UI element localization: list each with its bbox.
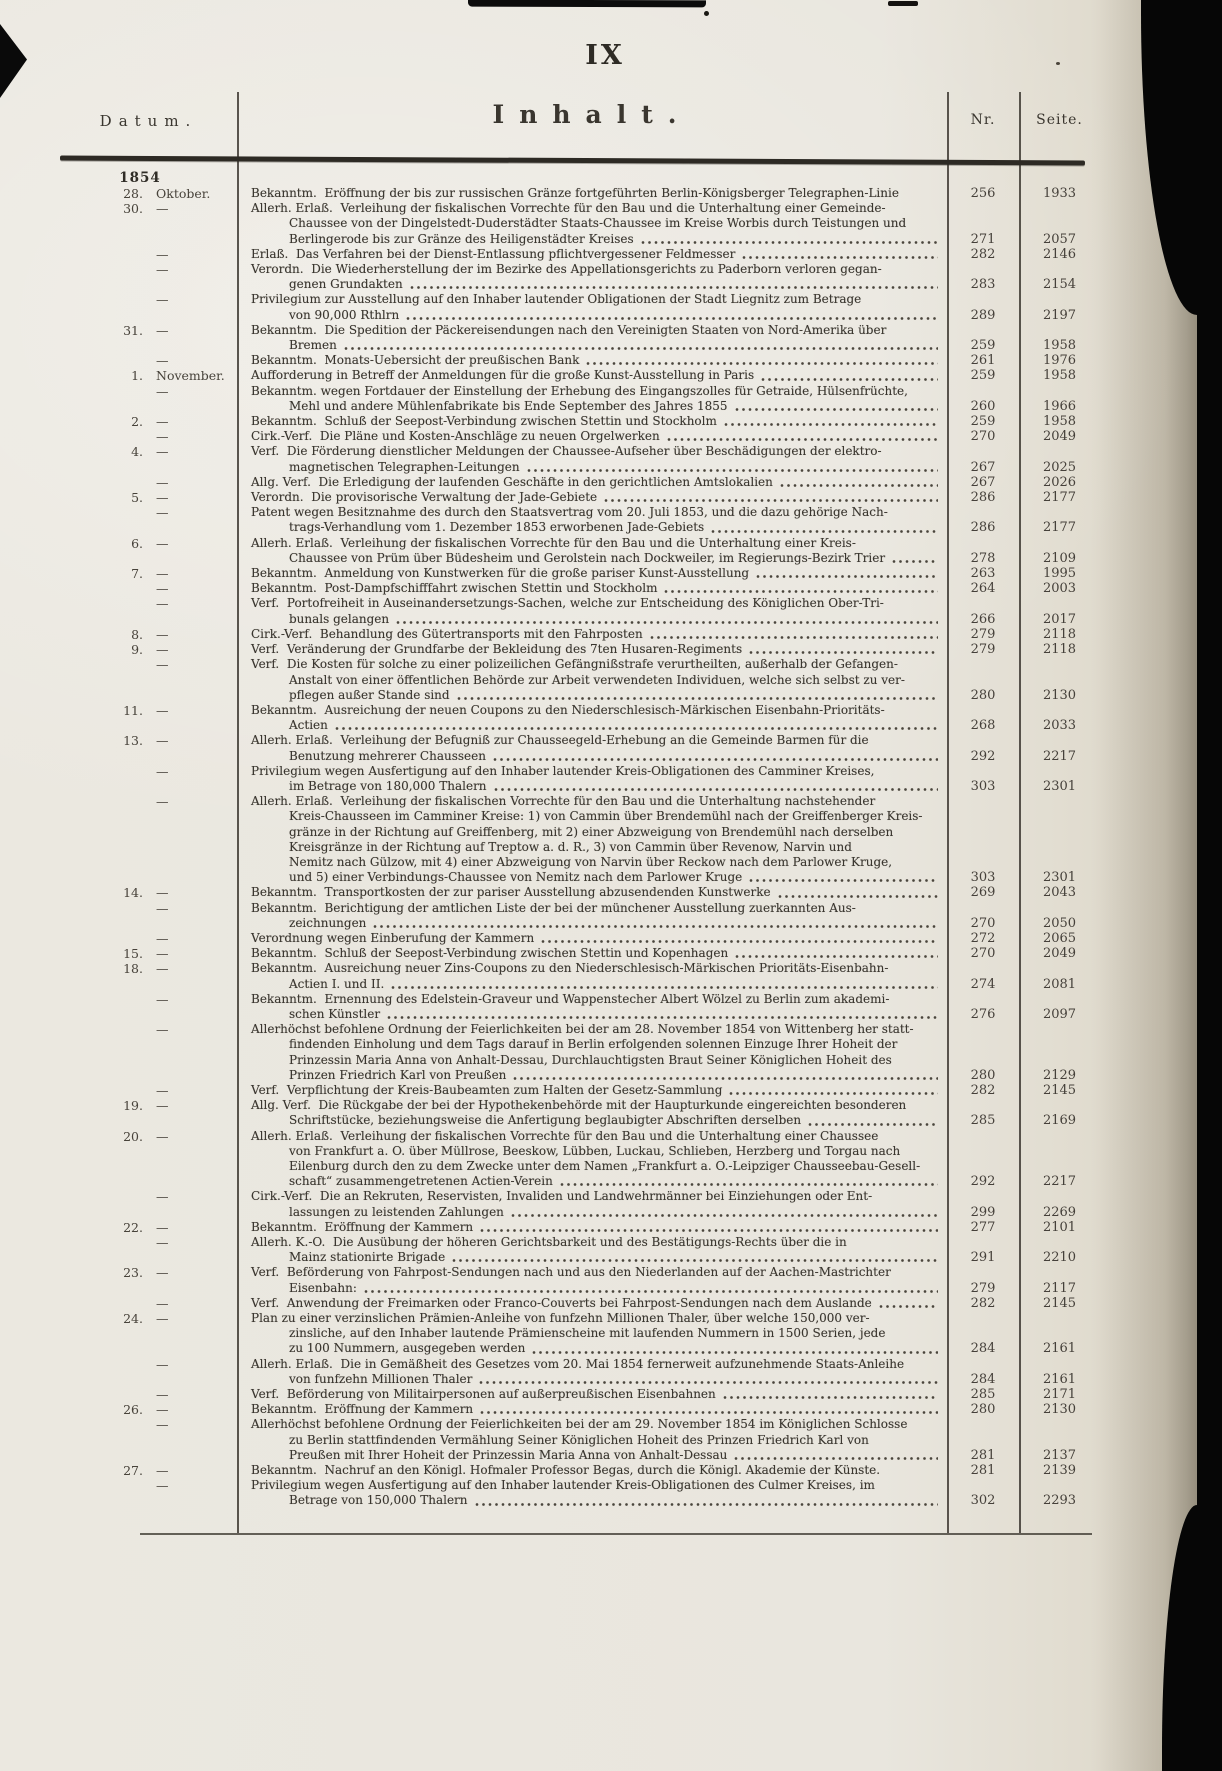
entry-date: 19.— — [60, 1098, 237, 1128]
entry-line: trags-Verhandlung vom 1. Dezember 1853 e… — [251, 520, 941, 535]
entry-line-text: Actien I. und II. — [289, 977, 384, 992]
entry-seite-cell: 2269 — [1019, 1189, 1100, 1219]
entry-text: Aufforderung in Betreff der Anmeldungen … — [237, 368, 947, 383]
entry-line: von Frankfurt a. O. über Müllrose, Beesk… — [251, 1144, 941, 1159]
entry-seite-cell: 2217 — [1019, 1129, 1100, 1190]
dot-leader — [734, 1456, 938, 1461]
header-inhalt: Inhalt. — [237, 100, 947, 129]
dot-leader — [892, 559, 938, 564]
entry-seite: 2017 — [1043, 612, 1076, 627]
entry-line-text: Prinzessin Maria Anna von Anhalt-Dessau,… — [289, 1053, 892, 1068]
entry-nr: 272 — [971, 931, 996, 946]
entry-seite: 2130 — [1043, 688, 1076, 703]
entry-line-text: schen Künstler — [289, 1007, 380, 1022]
entry-line-text: Bekanntm. Ernennung des Edelstein-Graveu… — [251, 992, 889, 1007]
entry-line: Prinzen Friedrich Karl von Preußen — [251, 1068, 941, 1083]
entry-line: Verordn. Die Wiederherstellung der im Be… — [251, 262, 941, 277]
entry-nr-cell: 270 — [947, 946, 1019, 961]
entry-line-text: Verf. Veränderung der Grundfarbe der Bek… — [251, 642, 742, 657]
dot-leader — [541, 939, 938, 944]
entry-date: 28.Oktober. — [60, 186, 237, 201]
entry-seite-cell: 2139 — [1019, 1463, 1100, 1478]
entry-line: Privilegium wegen Ausfertigung auf den I… — [251, 1478, 941, 1493]
entry-text: Bekanntm. Die Spedition der Päckereisend… — [237, 323, 947, 353]
toc-entry: —Bekanntm. Post-Dampfschifffahrt zwische… — [60, 581, 1100, 596]
entry-line-text: Bekanntm. Eröffnung der Kammern — [251, 1402, 473, 1417]
entry-month-or-dash: — — [156, 931, 169, 946]
entry-line: Actien — [251, 718, 941, 733]
dot-leader — [664, 589, 938, 594]
entry-seite: 2154 — [1043, 277, 1076, 292]
entry-day: 31. — [60, 323, 143, 353]
entry-nr-cell: 277 — [947, 1220, 1019, 1235]
entry-line-text: Bekanntm. wegen Fortdauer der Einstellun… — [251, 384, 908, 399]
entry-month-or-dash: — — [156, 733, 169, 763]
entry-seite: 2177 — [1043, 520, 1076, 535]
entry-line-text: Bekanntm. Ausreichung der neuen Coupons … — [251, 703, 885, 718]
entry-line-text: bunals gelangen — [289, 612, 389, 627]
entry-line: Allerh. Erlaß. Die in Gemäßheit des Gese… — [251, 1357, 941, 1372]
entry-nr-cell: 291 — [947, 1235, 1019, 1265]
entry-month-or-dash: — — [156, 505, 169, 535]
entry-text: Bekanntm. Berichtigung der amtlichen Lis… — [237, 901, 947, 931]
toc-entry: —Cirk.-Verf. Die an Rekruten, Reserviste… — [60, 1189, 1100, 1219]
entry-nr: 274 — [971, 977, 996, 992]
entry-line-text: Aufforderung in Betreff der Anmeldungen … — [251, 368, 754, 383]
entry-line-text: Allerh. Erlaß. Verleihung der fiskalisch… — [251, 794, 875, 809]
entry-text: Cirk.-Verf. Die an Rekruten, Reservisten… — [237, 1189, 947, 1219]
entry-day — [60, 1387, 143, 1402]
entry-seite: 2217 — [1043, 1174, 1076, 1189]
entry-nr-cell: 271 — [947, 201, 1019, 247]
entry-nr: 271 — [971, 232, 996, 247]
entry-line: gränze in der Richtung auf Greiffenberg,… — [251, 825, 941, 840]
entry-line-text: Allg. Verf. Die Rückgabe der bei der Hyp… — [251, 1098, 906, 1113]
entry-text: Bekanntm. Ausreichung der neuen Coupons … — [237, 703, 947, 733]
entry-month-or-dash: Oktober. — [156, 186, 210, 201]
dot-leader — [493, 757, 938, 762]
entry-line: Bekanntm. Schluß der Seepost-Verbindung … — [251, 414, 941, 429]
entry-line: Verordn. Die provisorische Verwaltung de… — [251, 490, 941, 505]
entry-text: Verf. Die Kosten für solche zu einer pol… — [237, 657, 947, 703]
entry-seite-cell: 1995 — [1019, 566, 1100, 581]
entry-text: Bekanntm. Anmeldung von Kunstwerken für … — [237, 566, 947, 581]
entry-seite: 1966 — [1043, 399, 1076, 414]
toc-entry: —Verordnung wegen Einberufung der Kammer… — [60, 931, 1100, 946]
entry-line-text: Schriftstücke, beziehungsweise die Anfer… — [289, 1113, 801, 1128]
entry-day — [60, 992, 143, 1022]
dot-leader — [742, 255, 938, 260]
dot-leader — [480, 1410, 938, 1415]
entry-seite: 2293 — [1043, 1493, 1076, 1508]
dot-leader — [667, 437, 938, 442]
entry-nr: 259 — [971, 368, 996, 383]
entry-seite: 2101 — [1043, 1220, 1076, 1235]
entry-seite-cell: 2177 — [1019, 490, 1100, 505]
entry-line: Plan zu einer verzinslichen Prämien-Anle… — [251, 1311, 941, 1326]
entry-date: 18.— — [60, 961, 237, 991]
entry-line: Allerh. Erlaß. Verleihung der fiskalisch… — [251, 1129, 941, 1144]
toc-entry: —Allerh. Erlaß. Verleihung der fiskalisc… — [60, 794, 1100, 885]
entry-line: Bekanntm. Nachruf an den Königl. Hofmale… — [251, 1463, 941, 1478]
entry-date: — — [60, 1083, 237, 1098]
toc-entry: 18.—Bekanntm. Ausreichung neuer Zins-Cou… — [60, 961, 1100, 991]
entry-seite: 2145 — [1043, 1296, 1076, 1311]
entry-seite: 1958 — [1043, 338, 1076, 353]
entry-line: Preußen mit Ihrer Hoheit der Prinzessin … — [251, 1448, 941, 1463]
entry-seite-cell: 1976 — [1019, 353, 1100, 368]
entry-line-text: Privilegium wegen Ausfertigung auf den I… — [251, 764, 874, 779]
entry-nr: 286 — [971, 490, 996, 505]
entry-month-or-dash: — — [156, 444, 169, 474]
entry-seite: 2117 — [1043, 1281, 1076, 1296]
entry-line: Allg. Verf. Die Erledigung der laufenden… — [251, 475, 941, 490]
entry-nr-cell: 260 — [947, 384, 1019, 414]
entry-text: Allerhöchst befohlene Ordnung der Feierl… — [237, 1022, 947, 1083]
entry-line: Bekanntm. Anmeldung von Kunstwerken für … — [251, 566, 941, 581]
entry-seite: 1976 — [1043, 353, 1076, 368]
dot-leader — [586, 361, 938, 366]
entry-line: Bekanntm. Schluß der Seepost-Verbindung … — [251, 946, 941, 961]
entry-seite-cell: 2025 — [1019, 444, 1100, 474]
entry-line-text: Allerh. Erlaß. Verleihung der Befugniß z… — [251, 733, 869, 748]
entry-seite: 2109 — [1043, 551, 1076, 566]
entry-line: Bekanntm. Eröffnung der Kammern — [251, 1402, 941, 1417]
entry-month-or-dash: — — [156, 946, 169, 961]
entry-line: Verf. Veränderung der Grundfarbe der Bek… — [251, 642, 941, 657]
entry-date: 30.— — [60, 201, 237, 247]
dot-leader — [396, 620, 938, 625]
entry-nr: 292 — [971, 1174, 996, 1189]
dot-leader — [808, 1122, 938, 1127]
entry-day: 5. — [60, 490, 143, 505]
toc-entry: —Allerhöchst befohlene Ordnung der Feier… — [60, 1417, 1100, 1463]
entry-seite: 1958 — [1043, 368, 1076, 383]
entry-seite: 2118 — [1043, 642, 1076, 657]
entry-nr-cell: 270 — [947, 429, 1019, 444]
entry-date: — — [60, 1189, 237, 1219]
entry-day: 18. — [60, 961, 143, 991]
dot-leader — [452, 1258, 938, 1263]
entry-day: 6. — [60, 536, 143, 566]
entry-seite-cell: 2177 — [1019, 505, 1100, 535]
entry-date: — — [60, 1417, 237, 1463]
entry-day — [60, 353, 143, 368]
entry-seite-cell: 2057 — [1019, 201, 1100, 247]
entry-line-text: Bekanntm. Schluß der Seepost-Verbindung … — [251, 946, 728, 961]
entry-line: Cirk.-Verf. Behandlung des Gütertranspor… — [251, 627, 941, 642]
dot-leader — [406, 316, 938, 321]
entry-line-text: Prinzen Friedrich Karl von Preußen — [289, 1068, 506, 1083]
entry-nr: 267 — [971, 460, 996, 475]
entry-line-text: Verf. Die Förderung dienstlicher Meldung… — [251, 444, 882, 459]
entry-seite-cell: 1958 — [1019, 323, 1100, 353]
entry-line: bunals gelangen — [251, 612, 941, 627]
entry-nr: 278 — [971, 551, 996, 566]
entry-text: Allerh. Erlaß. Die in Gemäßheit des Gese… — [237, 1357, 947, 1387]
entry-nr: 276 — [971, 1007, 996, 1022]
dot-leader — [723, 1395, 938, 1400]
entry-month-or-dash: — — [156, 323, 169, 353]
entry-nr-cell: 279 — [947, 642, 1019, 657]
entry-text: Verf. Portofreiheit in Auseinandersetzun… — [237, 596, 947, 626]
entry-text: Plan zu einer verzinslichen Prämien-Anle… — [237, 1311, 947, 1357]
entry-date: — — [60, 1022, 237, 1083]
entry-date: 20.— — [60, 1129, 237, 1190]
entry-line: Schriftstücke, beziehungsweise die Anfer… — [251, 1113, 941, 1128]
entry-line-text: von 90,000 Rthlrn — [289, 308, 399, 323]
entry-seite: 1958 — [1043, 414, 1076, 429]
toc-entry: —Verf. Portofreiheit in Auseinandersetzu… — [60, 596, 1100, 626]
entry-line: Aufforderung in Betreff der Anmeldungen … — [251, 368, 941, 383]
entry-text: Cirk.-Verf. Die Pläne und Kosten-Anschlä… — [237, 429, 947, 444]
dot-leader — [711, 529, 938, 534]
entry-line: zu Berlin stattfindenden Vermählung Sein… — [251, 1433, 941, 1448]
toc-entry: 2.—Bekanntm. Schluß der Seepost-Verbindu… — [60, 414, 1100, 429]
header-seite: Seite. — [1019, 112, 1100, 128]
entry-nr-cell: 281 — [947, 1417, 1019, 1463]
entry-day — [60, 657, 143, 703]
entry-line-text: Privilegium wegen Ausfertigung auf den I… — [251, 1478, 875, 1493]
entry-nr-cell: 267 — [947, 444, 1019, 474]
entry-line: Bekanntm. Eröffnung der Kammern — [251, 1220, 941, 1235]
entry-seite: 2161 — [1043, 1372, 1076, 1387]
dot-leader — [780, 483, 938, 488]
entry-line-text: Allerh. Erlaß. Verleihung der fiskalisch… — [251, 1129, 878, 1144]
entry-nr: 270 — [971, 946, 996, 961]
entry-day: 8. — [60, 627, 143, 642]
entry-nr-cell: 276 — [947, 992, 1019, 1022]
entry-seite-cell: 1958 — [1019, 414, 1100, 429]
entry-seite-cell: 2118 — [1019, 627, 1100, 642]
entry-date: — — [60, 581, 237, 596]
entry-text: Bekanntm. Eröffnung der Kammern — [237, 1402, 947, 1417]
entry-seite-cell: 2017 — [1019, 596, 1100, 626]
entry-date: — — [60, 292, 237, 322]
entry-line-text: zeichnungen — [289, 916, 366, 931]
entry-seite-cell: 2026 — [1019, 475, 1100, 490]
entry-text: Allerh. Erlaß. Verleihung der fiskalisch… — [237, 201, 947, 247]
entry-nr-cell: 274 — [947, 961, 1019, 991]
entry-line: Actien I. und II. — [251, 977, 941, 992]
entry-seite: 2130 — [1043, 1402, 1076, 1417]
dot-leader — [724, 422, 938, 427]
entry-line-text: Verf. Verpflichtung der Kreis-Baubeamten… — [251, 1083, 722, 1098]
entry-line-text: Eisenbahn: — [289, 1281, 357, 1296]
dot-leader — [410, 285, 938, 290]
entry-nr-cell: 303 — [947, 794, 1019, 885]
entry-nr: 280 — [971, 688, 996, 703]
entry-nr-cell: 272 — [947, 931, 1019, 946]
entry-nr: 285 — [971, 1387, 996, 1402]
entry-nr-cell: 284 — [947, 1311, 1019, 1357]
dot-leader — [532, 1350, 938, 1355]
entry-text: Allerh. Erlaß. Verleihung der fiskalisch… — [237, 794, 947, 885]
entry-date: 26.— — [60, 1402, 237, 1417]
entry-line: Erlaß. Das Verfahren bei der Dienst-Entl… — [251, 247, 941, 262]
entry-date: 11.— — [60, 703, 237, 733]
entry-day — [60, 1357, 143, 1387]
entry-text: Bekanntm. wegen Fortdauer der Einstellun… — [237, 384, 947, 414]
entry-line-text: von funfzehn Millionen Thaler — [289, 1372, 472, 1387]
entry-line: Bekanntm. Die Spedition der Päckereisend… — [251, 323, 941, 338]
entry-seite-cell: 2049 — [1019, 946, 1100, 961]
entry-date: 14.— — [60, 885, 237, 900]
entry-line-text: pflegen außer Stande sind — [289, 688, 450, 703]
entry-line: Mehl und andere Mühlenfabrikate bis Ende… — [251, 399, 941, 414]
entry-text: Patent wegen Besitznahme des durch den S… — [237, 505, 947, 535]
entry-line: Verf. Anwendung der Freimarken oder Fran… — [251, 1296, 941, 1311]
entry-month-or-dash: — — [156, 885, 169, 900]
entry-day — [60, 1189, 143, 1219]
entry-line: und 5) einer Verbindungs-Chaussee von Ne… — [251, 870, 941, 885]
entries: 1854 28.Oktober.Bekanntm. Eröffnung der … — [60, 170, 1100, 1509]
entry-day — [60, 1083, 143, 1098]
entry-text: Allg. Verf. Die Erledigung der laufenden… — [237, 475, 947, 490]
entry-seite: 2146 — [1043, 247, 1076, 262]
entry-line-text: Patent wegen Besitznahme des durch den S… — [251, 505, 888, 520]
entry-day — [60, 1417, 143, 1463]
entry-seite: 1933 — [1043, 186, 1076, 201]
entry-seite: 2003 — [1043, 581, 1076, 596]
entry-month-or-dash: — — [156, 1189, 169, 1219]
entry-line-text: Bekanntm. Die Spedition der Päckereisend… — [251, 323, 886, 338]
dot-leader — [511, 1213, 938, 1218]
entry-nr: 270 — [971, 429, 996, 444]
entry-date: 7.— — [60, 566, 237, 581]
entry-line: Prinzessin Maria Anna von Anhalt-Dessau,… — [251, 1053, 941, 1068]
entry-line-text: Cirk.-Verf. Die an Rekruten, Reservisten… — [251, 1189, 872, 1204]
entry-nr: 303 — [971, 779, 996, 794]
entry-line-text: Cirk.-Verf. Die Pläne und Kosten-Anschlä… — [251, 429, 660, 444]
entry-nr: 284 — [971, 1372, 996, 1387]
toc-entry: —Bekanntm. Monats-Uebersicht der preußis… — [60, 353, 1100, 368]
entry-month-or-dash: — — [156, 1387, 169, 1402]
entry-date: — — [60, 992, 237, 1022]
entry-text: Verordn. Die provisorische Verwaltung de… — [237, 490, 947, 505]
entry-nr: 256 — [971, 186, 996, 201]
entry-seite-cell: 2145 — [1019, 1083, 1100, 1098]
entry-line-text: im Betrage von 180,000 Thalern — [289, 779, 487, 794]
entry-line: Privilegium zur Ausstellung auf den Inha… — [251, 292, 941, 307]
toc-entry: 31.—Bekanntm. Die Spedition der Päckerei… — [60, 323, 1100, 353]
entry-date: 24.— — [60, 1311, 237, 1357]
dot-leader — [480, 1228, 938, 1233]
entry-nr-cell: 259 — [947, 323, 1019, 353]
entry-line: Bekanntm. Berichtigung der amtlichen Lis… — [251, 901, 941, 916]
toc-entry: 13.—Allerh. Erlaß. Verleihung der Befugn… — [60, 733, 1100, 763]
entry-month-or-dash: — — [156, 764, 169, 794]
entry-text: Allerhöchst befohlene Ordnung der Feierl… — [237, 1417, 947, 1463]
dot-leader — [513, 1076, 938, 1081]
entry-date: — — [60, 764, 237, 794]
entry-nr-cell: 256 — [947, 186, 1019, 201]
entry-day — [60, 384, 143, 414]
entry-line-text: Benutzung mehrerer Chausseen — [289, 749, 486, 764]
entry-line-text: Allerh. K.-O. Die Ausübung der höheren G… — [251, 1235, 847, 1250]
entry-day — [60, 1296, 143, 1311]
entry-nr-cell: 268 — [947, 703, 1019, 733]
entry-nr-cell: 284 — [947, 1357, 1019, 1387]
entry-seite-cell: 1958 — [1019, 368, 1100, 383]
entry-nr-cell: 270 — [947, 901, 1019, 931]
entry-nr-cell: 292 — [947, 1129, 1019, 1190]
entry-seite-cell: 2301 — [1019, 794, 1100, 885]
entry-line-text: Verf. Beförderung von Fahrpost-Sendungen… — [251, 1265, 891, 1280]
entry-seite-cell: 2145 — [1019, 1296, 1100, 1311]
entry-seite: 2049 — [1043, 429, 1076, 444]
header-nr: Nr. — [947, 112, 1019, 128]
ink-speck — [1056, 62, 1060, 65]
dot-leader — [457, 696, 938, 701]
entry-month-or-dash: — — [156, 1235, 169, 1265]
entry-line-text: Verordnung wegen Einberufung der Kammern — [251, 931, 534, 946]
entry-day: 28. — [60, 186, 143, 201]
entry-line-text: Nemitz nach Gülzow, mit 4) einer Abzweig… — [289, 855, 892, 870]
entry-line: Bekanntm. Post-Dampfschifffahrt zwischen… — [251, 581, 941, 596]
scan-edge-black — [1197, 0, 1222, 1771]
entry-nr: 270 — [971, 916, 996, 931]
entry-text: Allerh. Erlaß. Verleihung der fiskalisch… — [237, 536, 947, 566]
entry-nr: 266 — [971, 612, 996, 627]
toc-entry: 1.November.Aufforderung in Betreff der A… — [60, 368, 1100, 383]
dot-leader — [749, 650, 938, 655]
toc-entry: —Verf. Anwendung der Freimarken oder Fra… — [60, 1296, 1100, 1311]
entry-nr-cell: 267 — [947, 475, 1019, 490]
entry-text: Cirk.-Verf. Behandlung des Gütertranspor… — [237, 627, 947, 642]
entry-nr: 264 — [971, 581, 996, 596]
entry-line: Bekanntm. Ausreichung der neuen Coupons … — [251, 703, 941, 718]
entry-month-or-dash: — — [156, 794, 169, 885]
entry-line-text: Preußen mit Ihrer Hoheit der Prinzessin … — [289, 1448, 727, 1463]
entry-text: Privilegium zur Ausstellung auf den Inha… — [237, 292, 947, 322]
entry-nr-cell: 280 — [947, 657, 1019, 703]
entry-line: Cirk.-Verf. Die Pläne und Kosten-Anschlä… — [251, 429, 941, 444]
entry-line-text: Mainz stationirte Brigade — [289, 1250, 445, 1265]
entry-day — [60, 581, 143, 596]
entry-day — [60, 475, 143, 490]
entry-seite-cell: 2169 — [1019, 1098, 1100, 1128]
entry-line: Bekanntm. Eröffnung der bis zur russisch… — [251, 186, 941, 201]
entry-text: Verf. Veränderung der Grundfarbe der Bek… — [237, 642, 947, 657]
entry-date: 23.— — [60, 1265, 237, 1295]
toc-entry: —Bekanntm. wegen Fortdauer der Einstellu… — [60, 384, 1100, 414]
entry-nr-cell: 269 — [947, 885, 1019, 900]
entry-line-text: Verf. Portofreiheit in Auseinandersetzun… — [251, 596, 884, 611]
year-heading: 1854 — [60, 170, 220, 186]
toc-entry: —Cirk.-Verf. Die Pläne und Kosten-Anschl… — [60, 429, 1100, 444]
entry-text: Verf. Beförderung von Militairpersonen a… — [237, 1387, 947, 1402]
entry-line-text: Chaussee von Prüm über Büdesheim und Ger… — [289, 551, 885, 566]
dot-leader — [756, 574, 938, 579]
entry-date: 6.— — [60, 536, 237, 566]
entry-text: Bekanntm. Post-Dampfschifffahrt zwischen… — [237, 581, 947, 596]
toc-entry: 11.—Bekanntm. Ausreichung der neuen Coup… — [60, 703, 1100, 733]
entry-line: Allg. Verf. Die Rückgabe der bei der Hyp… — [251, 1098, 941, 1113]
entry-text: Allerh. K.-O. Die Ausübung der höheren G… — [237, 1235, 947, 1265]
entry-seite: 2139 — [1043, 1463, 1076, 1478]
entry-line-text: Bekanntm. Anmeldung von Kunstwerken für … — [251, 566, 749, 581]
entry-text: Verordn. Die Wiederherstellung der im Be… — [237, 262, 947, 292]
entry-line-text: Bekanntm. Monats-Uebersicht der preußisc… — [251, 353, 579, 368]
entry-line-text: Allerh. Erlaß. Die in Gemäßheit des Gese… — [251, 1357, 904, 1372]
entry-day: 1. — [60, 368, 143, 383]
entry-date: — — [60, 596, 237, 626]
entry-nr: 289 — [971, 308, 996, 323]
entry-line: Bremen — [251, 338, 941, 353]
entry-month-or-dash: — — [156, 596, 169, 626]
entry-month-or-dash: — — [156, 490, 169, 505]
